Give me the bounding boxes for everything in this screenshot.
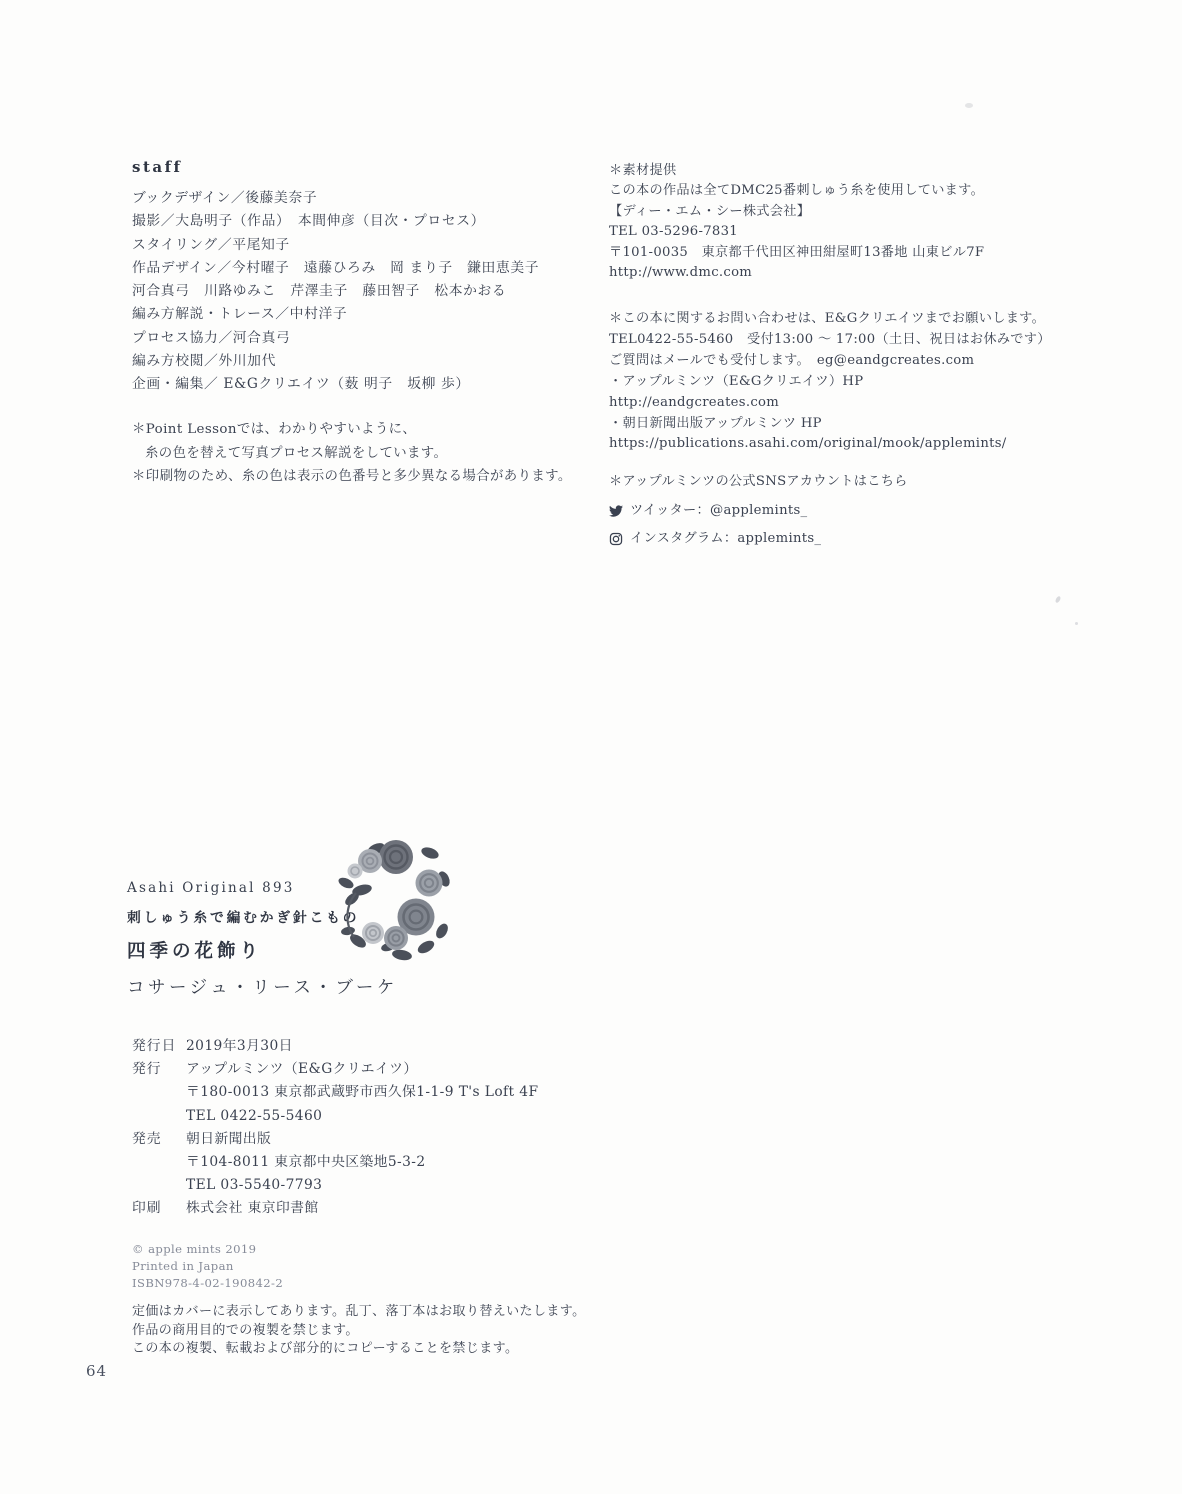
legal-block: 定価はカバーに表示してあります。乱丁、落丁本はお取り替えいたします。 作品の商用… — [132, 1303, 586, 1359]
footnotes-block: ＊Point Lessonでは、わかりやすいように、 糸の色を替えて写真プロセス… — [132, 418, 572, 489]
book-subtitle: コサージュ・リース・ブーケ — [127, 974, 398, 999]
colophon-row-issue-date: 発行日 2019年3月30日 — [132, 1035, 538, 1058]
scan-speck — [1055, 595, 1062, 603]
inquiry-heading: ＊この本に関するお問い合わせは、E&Gクリエイツまでお願いします。 — [609, 309, 1051, 330]
colophon-value: TEL 0422-55-5460 — [186, 1105, 538, 1128]
colophon-value: 2019年3月30日 — [186, 1035, 293, 1058]
legal-line: この本の複製、転載および部分的にコピーすることを禁じます。 — [132, 1340, 586, 1359]
material-address: 〒101-0035 東京都千代田区神田紺屋町13番地 山東ビル7F — [609, 243, 984, 263]
staff-line: 編み方解説・トレース／中村洋子 — [132, 303, 539, 326]
material-line: 【ディー・エム・シー株式会社】 — [609, 202, 984, 222]
sns-instagram-row: インスタグラム：applemints_ — [609, 529, 908, 550]
staff-lines: ブックデザイン／後藤美奈子 撮影／大島明子（作品） 本間伸彦（目次・プロセス） … — [132, 187, 539, 397]
material-phone: TEL 03-5296-7831 — [609, 222, 984, 242]
colophon-value: TEL 03-5540-7793 — [186, 1174, 426, 1197]
colophon-table: 発行日 2019年3月30日 発行 アップルミンツ（E&Gクリエイツ） 〒180… — [132, 1035, 538, 1221]
isbn: ISBN978-4-02-190842-2 — [132, 1275, 283, 1292]
scan-speck — [965, 103, 973, 108]
staff-heading: staff — [132, 158, 539, 176]
colophon-value: アップルミンツ（E&Gクリエイツ） — [186, 1058, 538, 1081]
staff-line: スタイリング／平尾知子 — [132, 234, 539, 257]
material-heading: ＊素材提供 — [609, 161, 984, 181]
page-number: 64 — [86, 1362, 107, 1380]
staff-line: プロセス協力／河合真弓 — [132, 327, 539, 350]
sns-twitter-label: ツイッター：@applemints_ — [630, 501, 807, 522]
sns-block: ＊アップルミンツの公式SNSアカウントはこちら ツイッター：@applemint… — [609, 472, 908, 550]
twitter-bird-icon — [609, 504, 623, 518]
staff-line: ブックデザイン／後藤美奈子 — [132, 187, 539, 210]
scan-speck — [1075, 622, 1078, 625]
colophon-row-printer: 印刷 株式会社 東京印書館 — [132, 1197, 538, 1220]
material-provider-block: ＊素材提供 この本の作品は全てDMC25番刺しゅう糸を使用しています。 【ディー… — [609, 161, 984, 283]
colophon-page: staff ブックデザイン／後藤美奈子 撮影／大島明子（作品） 本間伸彦（目次・… — [0, 0, 1182, 1494]
material-line: この本の作品は全てDMC25番刺しゅう糸を使用しています。 — [609, 181, 984, 201]
colophon-value: 〒104-8011 東京都中央区築地5-3-2 — [186, 1151, 426, 1174]
sns-heading: ＊アップルミンツの公式SNSアカウントはこちら — [609, 472, 908, 493]
staff-line: 企画・編集／ E&Gクリエイツ（薮 明子 坂柳 歩） — [132, 373, 539, 396]
legal-line: 作品の商用目的での複製を禁じます。 — [132, 1322, 586, 1341]
staff-line: 河合真弓 川路ゆみこ 芹澤圭子 藤田智子 松本かおる — [132, 280, 539, 303]
staff-credits-block: staff ブックデザイン／後藤美奈子 撮影／大島明子（作品） 本間伸彦（目次・… — [132, 158, 539, 397]
inquiry-hp-label: ・アップルミンツ（E&Gクリエイツ）HP — [609, 372, 1051, 393]
inquiry-block: ＊この本に関するお問い合わせは、E&Gクリエイツまでお願いします。 TEL042… — [609, 309, 1051, 455]
inquiry-hp2-url: https://publications.asahi.com/original/… — [609, 434, 1051, 455]
inquiry-phone: TEL0422-55-5460 受付13:00 ～ 17:00（土日、祝日はお休… — [609, 330, 1051, 351]
inquiry-hp-url: http://eandgcreates.com — [609, 393, 1051, 414]
flower-wreath-image — [332, 835, 458, 965]
sns-twitter-row: ツイッター：@applemints_ — [609, 501, 908, 522]
instagram-icon — [609, 532, 623, 546]
inquiry-email: ご質問はメールでも受付します。 eg@eandgcreates.com — [609, 351, 1051, 372]
colophon-label: 印刷 — [132, 1197, 186, 1220]
colophon-row-publisher: 発行 アップルミンツ（E&Gクリエイツ） 〒180-0013 東京都武蔵野市西久… — [132, 1058, 538, 1128]
legal-line: 定価はカバーに表示してあります。乱丁、落丁本はお取り替えいたします。 — [132, 1303, 586, 1322]
footnote-line: 糸の色を替えて写真プロセス解説をしています。 — [132, 442, 572, 466]
staff-line: 撮影／大島明子（作品） 本間伸彦（目次・プロセス） — [132, 210, 539, 233]
staff-line: 作品デザイン／今村曜子 遠藤ひろみ 岡 まり子 鎌田恵美子 — [132, 257, 539, 280]
colophon-value: 株式会社 東京印書館 — [186, 1197, 319, 1220]
copyright-block: © apple mints 2019 Printed in Japan ISBN… — [132, 1241, 283, 1292]
sns-instagram-label: インスタグラム：applemints_ — [630, 529, 821, 550]
colophon-value: 〒180-0013 東京都武蔵野市西久保1-1-9 T's Loft 4F — [186, 1081, 538, 1104]
colophon-label: 発行 — [132, 1058, 186, 1128]
copyright-line: Printed in Japan — [132, 1258, 283, 1275]
inquiry-hp2-label: ・朝日新聞出版アップルミンツ HP — [609, 414, 1051, 435]
footnote-line: ＊印刷物のため、糸の色は表示の色番号と多少異なる場合があります。 — [132, 465, 572, 489]
colophon-value: 朝日新聞出版 — [186, 1128, 426, 1151]
copyright-line: © apple mints 2019 — [132, 1241, 283, 1258]
colophon-label: 発行日 — [132, 1035, 186, 1058]
material-url: http://www.dmc.com — [609, 263, 984, 283]
colophon-label: 発売 — [132, 1128, 186, 1198]
colophon-row-distributor: 発売 朝日新聞出版 〒104-8011 東京都中央区築地5-3-2 TEL 03… — [132, 1128, 538, 1198]
staff-line: 編み方校閲／外川加代 — [132, 350, 539, 373]
footnote-line: ＊Point Lessonでは、わかりやすいように、 — [132, 418, 572, 442]
